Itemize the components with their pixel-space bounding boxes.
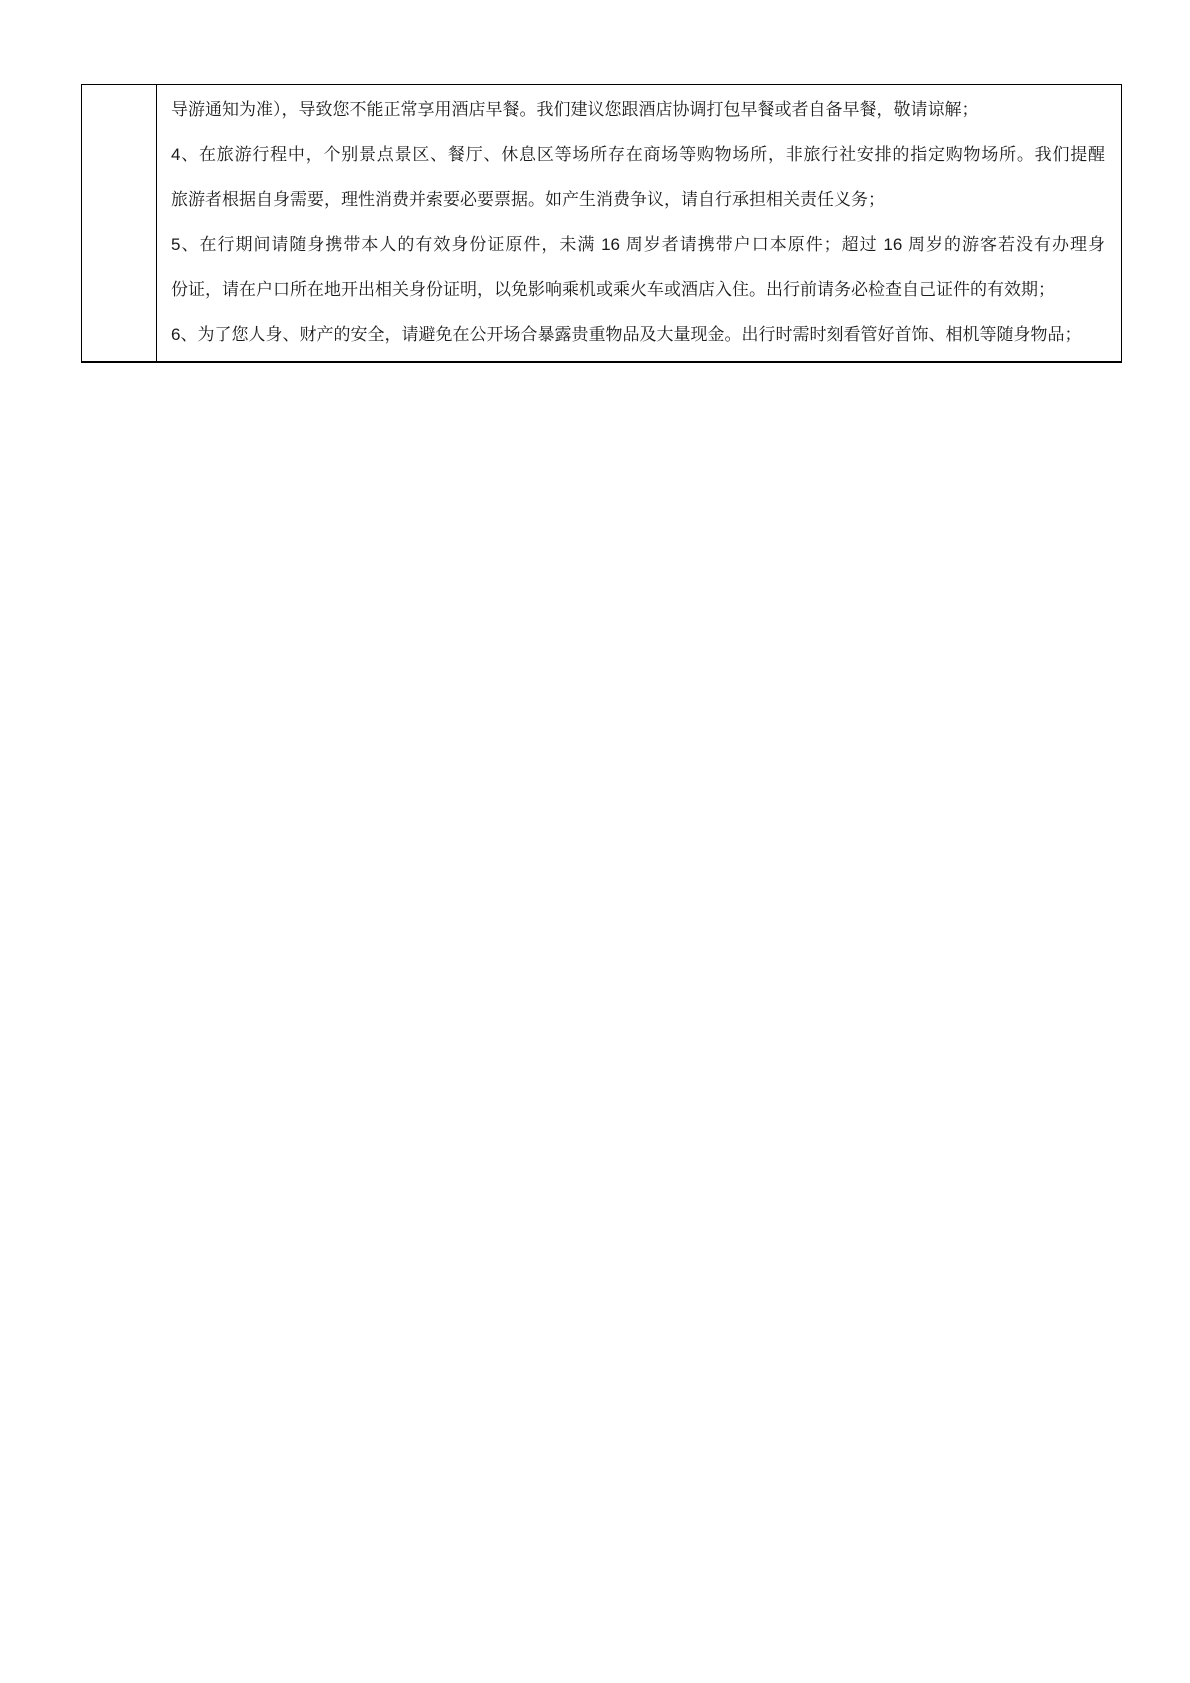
notice-text-line-3: 旅游者根据自身需要，理性消费并索要必要票据。如产生消费争议，请自行承担相关责任义… — [171, 177, 1105, 222]
notice-text-line-1: 导游通知为准），导致您不能正常享用酒店早餐。我们建议您跟酒店协调打包早餐或者自备… — [171, 87, 1105, 132]
table-left-cell — [82, 85, 157, 361]
notice-table: 导游通知为准），导致您不能正常享用酒店早餐。我们建议您跟酒店协调打包早餐或者自备… — [81, 84, 1122, 363]
notice-text-line-5: 份证，请在户口所在地开出相关身份证明，以免影响乘机或乘火车或酒店入住。出行前请务… — [171, 267, 1105, 312]
document-page: 导游通知为准），导致您不能正常享用酒店早餐。我们建议您跟酒店协调打包早餐或者自备… — [0, 0, 1190, 1683]
notice-text-line-6: 6、为了您人身、财产的安全，请避免在公开场合暴露贵重物品及大量现金。出行时需时刻… — [171, 312, 1105, 357]
notice-text-line-2: 4、在旅游行程中，个别景点景区、餐厅、休息区等场所存在商场等购物场所，非旅行社安… — [171, 132, 1105, 177]
notice-text-line-4: 5、在行期间请随身携带本人的有效身份证原件，未满 16 周岁者请携带户口本原件；… — [171, 222, 1105, 267]
table-content-cell: 导游通知为准），导致您不能正常享用酒店早餐。我们建议您跟酒店协调打包早餐或者自备… — [157, 85, 1121, 361]
